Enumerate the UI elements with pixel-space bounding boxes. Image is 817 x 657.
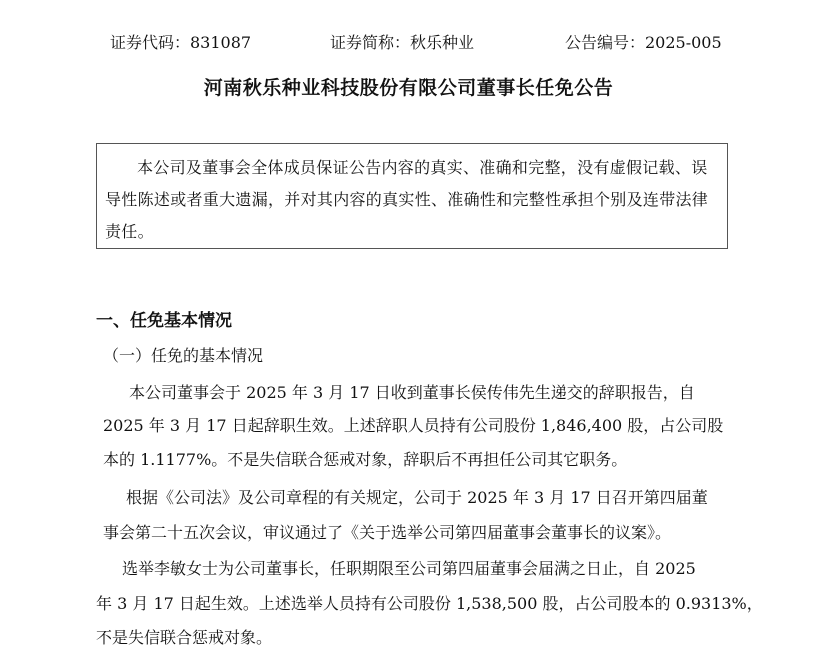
paragraph-line: 本公司董事会于 2025 年 3 月 17 日收到董事长侯传伟先生递交的辞职报告… bbox=[129, 380, 695, 403]
paragraph-line: 本的 1.1177%。不是失信联合惩戒对象，辞职后不再担任公司其它职务。 bbox=[103, 447, 627, 470]
disclaimer-box: 本公司及董事会全体成员保证公告内容的真实、准确和完整，没有虚假记载、误导性陈述或… bbox=[96, 143, 728, 249]
paragraph-line: 年 3 月 17 日起生效。上述选举人员持有公司股份 1,538,500 股，占… bbox=[96, 591, 763, 614]
announcement-header: 证券代码：831087 证券简称：秋乐种业 公告编号：2025-005 bbox=[0, 30, 817, 58]
document-title: 河南秋乐种业科技股份有限公司董事长任免公告 bbox=[0, 73, 817, 100]
disclaimer-text: 本公司及董事会全体成员保证公告内容的真实、准确和完整，没有虚假记载、误导性陈述或… bbox=[105, 152, 721, 248]
paragraph-line: 不是失信联合惩戒对象。 bbox=[96, 625, 272, 648]
security-code: 证券代码：831087 bbox=[110, 30, 251, 53]
subsection-heading: （一）任免的基本情况 bbox=[103, 343, 263, 366]
paragraph-line: 事会第二十五次会议，审议通过了《关于选举公司第四届董事会董事长的议案》。 bbox=[103, 520, 671, 543]
section-heading: 一、任免基本情况 bbox=[96, 306, 232, 331]
announcement-number: 公告编号：2025-005 bbox=[565, 30, 722, 53]
security-abbreviation: 证券简称：秋乐种业 bbox=[330, 30, 474, 53]
paragraph-line: 2025 年 3 月 17 日起辞职生效。上述辞职人员持有公司股份 1,846,… bbox=[103, 413, 723, 436]
paragraph-line: 根据《公司法》及公司章程的有关规定，公司于 2025 年 3 月 17 日召开第… bbox=[126, 485, 708, 508]
paragraph-line: 选举李敏女士为公司董事长，任职期限至公司第四届董事会届满之日止，自 2025 bbox=[122, 556, 696, 579]
